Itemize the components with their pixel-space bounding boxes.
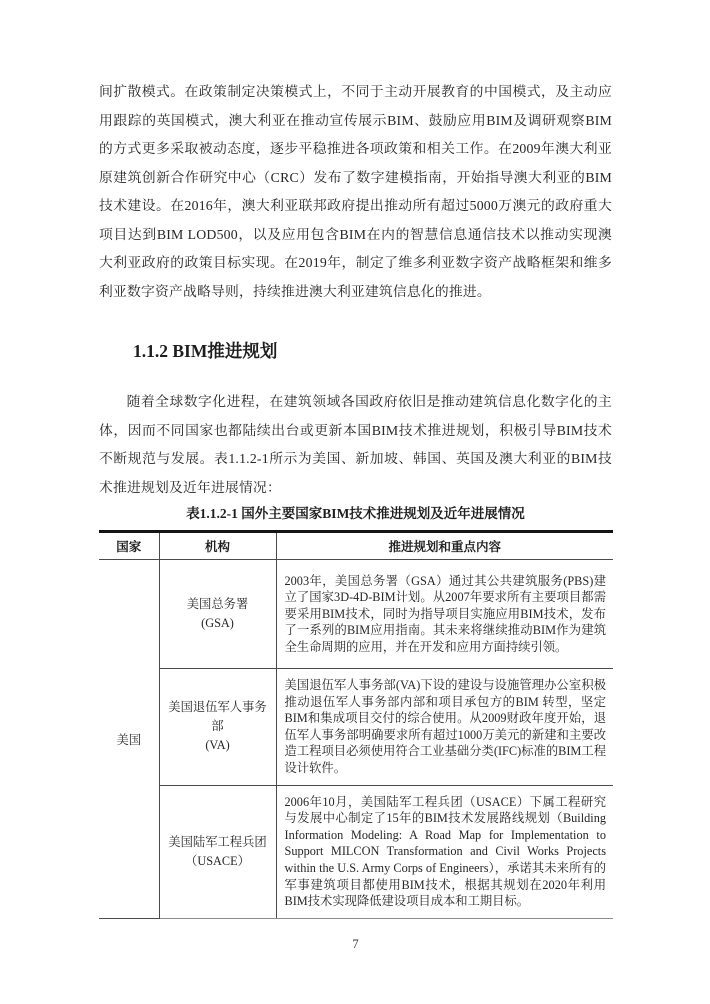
- table-row-usace: 美国陆军工程兵团 （USACE） 2006年10月，美国陆军工程兵团（USACE…: [99, 785, 613, 918]
- table-row-va: 美国退伍军人事务部 (VA) 美国退伍军人事务部(VA)下设的建设与设施管理办公…: [99, 669, 613, 786]
- table-cell-content-gsa: 2003年，美国总务署（GSA）通过其公共建筑服务(PBS)建立了国家3D-4D…: [276, 560, 613, 669]
- table-caption: 表1.1.2-1 国外主要国家BIM技术推进规划及近年进展情况: [99, 504, 612, 524]
- org-name: 美国总务署: [164, 595, 272, 614]
- table-cell-country-usa: 美国: [99, 560, 159, 919]
- table-header-country: 国家: [99, 532, 159, 560]
- table-cell-org-gsa: 美国总务署 (GSA): [159, 560, 276, 669]
- org-abbreviation: (VA): [164, 736, 272, 755]
- org-abbreviation: (GSA): [164, 614, 272, 633]
- table-header-org: 机构: [159, 532, 276, 560]
- paragraph-global-digitalization: 随着全球数字化进程，在建筑领域各国政府依旧是推动建筑信息化数字化的主体，因而不同…: [99, 388, 612, 502]
- paragraph-australia-policy: 间扩散模式。在政策制定决策模式上，不同于主动开展教育的中国模式，及主动应用跟踪的…: [99, 78, 612, 306]
- page-number: 7: [99, 937, 612, 952]
- table-cell-org-usace: 美国陆军工程兵团 （USACE）: [159, 785, 276, 918]
- bim-plans-table: 国家 机构 推进规划和重点内容 美国 美国总务署 (GSA) 2003年，美国总…: [99, 530, 613, 919]
- org-name: 美国陆军工程兵团: [164, 833, 272, 852]
- org-name: 美国退伍军人事务部: [164, 698, 272, 736]
- document-page: 间扩散模式。在政策制定决策模式上，不同于主动开展教育的中国模式，及主动应用跟踪的…: [0, 0, 710, 1004]
- org-abbreviation: （USACE）: [164, 852, 272, 871]
- table-cell-org-va: 美国退伍军人事务部 (VA): [159, 669, 276, 786]
- table-header-row: 国家 机构 推进规划和重点内容: [99, 532, 613, 560]
- table-cell-content-va: 美国退伍军人事务部(VA)下设的建设与设施管理办公室积极推动退伍军人事务部内部和…: [276, 669, 613, 786]
- table-row-gsa: 美国 美国总务署 (GSA) 2003年，美国总务署（GSA）通过其公共建筑服务…: [99, 560, 613, 669]
- section-heading: 1.1.2 BIM推进规划: [99, 338, 613, 364]
- table-cell-content-usace: 2006年10月，美国陆军工程兵团（USACE）下属工程研究与发展中心制定了15…: [276, 785, 613, 918]
- table-header-content: 推进规划和重点内容: [276, 532, 613, 560]
